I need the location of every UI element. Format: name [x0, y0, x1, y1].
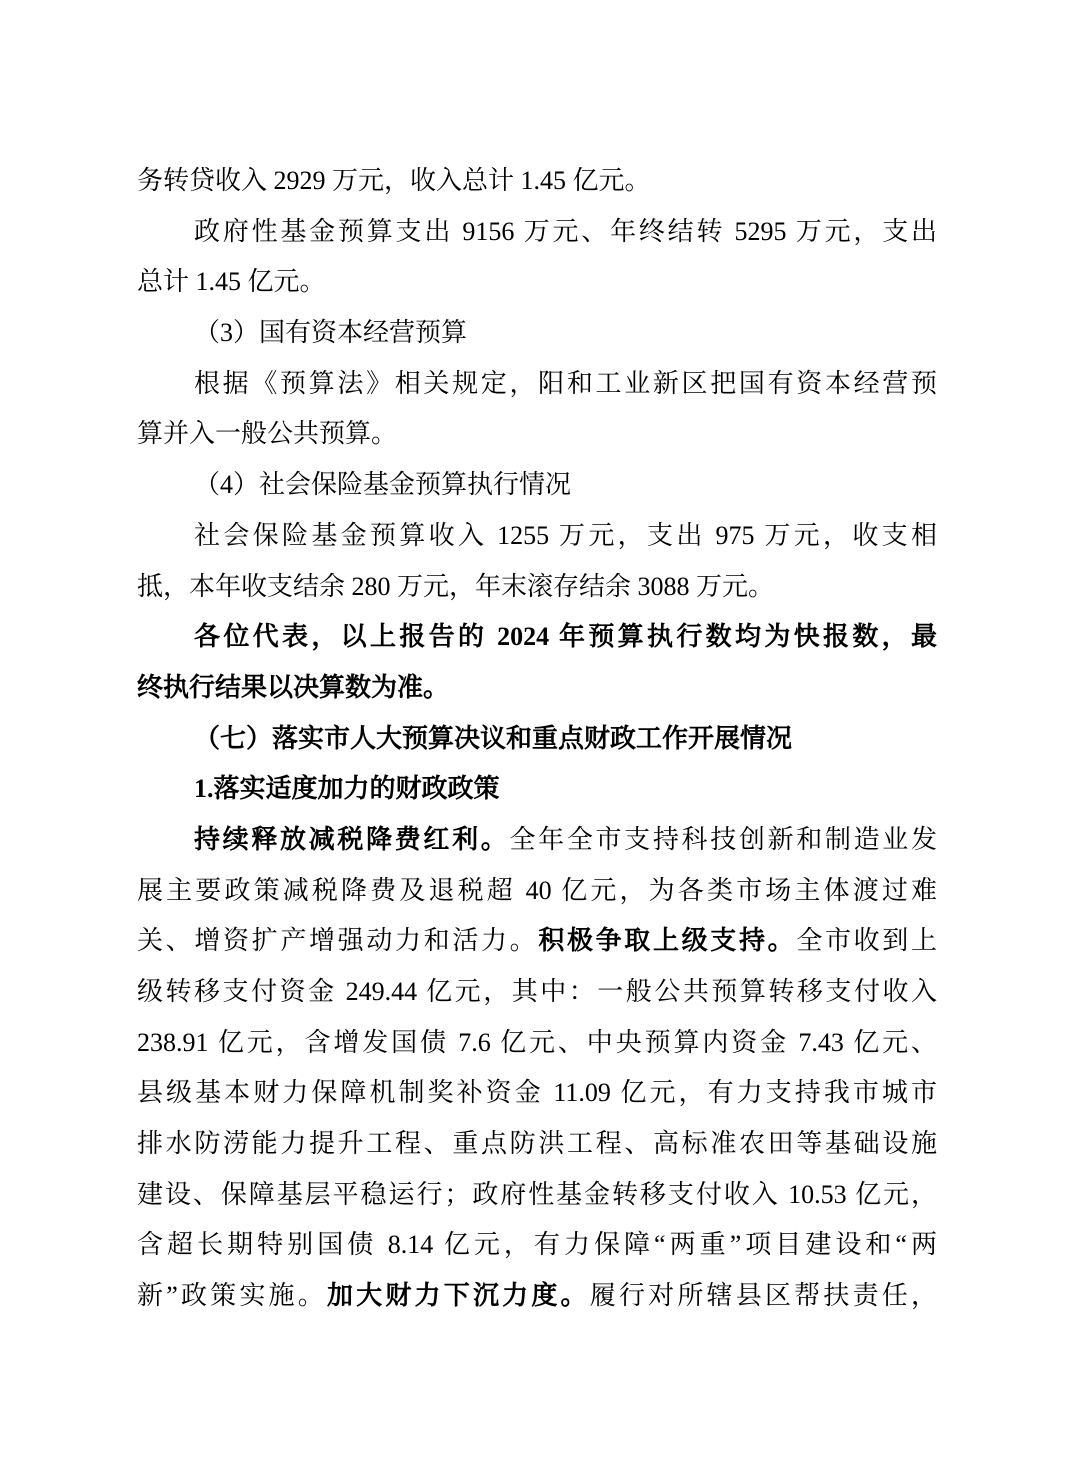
paragraph-line: 持续释放减税降费红利。全年全市支持科技创新和制造业发 [137, 815, 937, 866]
bold-run: 加大财力下沉力度。 [327, 1281, 590, 1310]
paragraph-line: 政府性基金预算支出 9156 万元、年终结转 5295 万元，支出 [137, 207, 937, 258]
text-run: 履行对所辖县区帮扶责任， [590, 1281, 937, 1310]
paragraph-line: 级转移支付资金 249.44 亿元，其中：一般公共预算转移支付收入 [137, 967, 937, 1018]
bold-run: 积极争取上级支持。 [538, 926, 796, 955]
paragraph-line: 建设、保障基层平稳运行；政府性基金转移支付收入 10.53 亿元， [137, 1170, 937, 1221]
paragraph-line: 关、增资扩产增强动力和活力。积极争取上级支持。全市收到上 [137, 916, 937, 967]
paragraph-line: 新”政策实施。加大财力下沉力度。履行对所辖县区帮扶责任， [137, 1271, 937, 1322]
paragraph-line: 总计 1.45 亿元。 [137, 257, 937, 308]
paragraph-line: 抵，本年收支结余 280 万元，年末滚存结余 3088 万元。 [137, 562, 937, 613]
bold-run: 持续释放减税降费红利。 [194, 825, 509, 854]
heading-fiscal-policy: 1.落实适度加力的财政政策 [137, 764, 937, 815]
paragraph-line: 算并入一般公共预算。 [137, 409, 937, 460]
paragraph-line: 排水防涝能力提升工程、重点防洪工程、高标准农田等基础设施 [137, 1119, 937, 1170]
heading-social-insurance-budget: （4）社会保险基金预算执行情况 [137, 460, 937, 511]
text-run: 关、增资扩产增强动力和活力。 [137, 926, 538, 955]
text-run: 新”政策实施。 [137, 1281, 327, 1310]
paragraph-line: 社会保险基金预算收入 1255 万元，支出 975 万元，收支相 [137, 511, 937, 562]
paragraph-line: 展主要政策减税降费及退税超 40 亿元，为各类市场主体渡过难 [137, 866, 937, 917]
heading-section-seven: （七）落实市人大预算决议和重点财政工作开展情况 [137, 714, 937, 765]
paragraph-line: 含超长期特别国债 8.14 亿元，有力保障“两重”项目建设和“两 [137, 1220, 937, 1271]
paragraph-line: 县级基本财力保障机制奖补资金 11.09 亿元，有力支持我市城市 [137, 1068, 937, 1119]
paragraph-line: 根据《预算法》相关规定，阳和工业新区把国有资本经营预 [137, 359, 937, 410]
document-body: 务转贷收入 2929 万元，收入总计 1.45 亿元。 政府性基金预算支出 91… [137, 156, 937, 1322]
text-run: 全市收到上 [796, 926, 937, 955]
paragraph-line: 238.91 亿元，含增发国债 7.6 亿元、中央预算内资金 7.43 亿元、 [137, 1018, 937, 1069]
text-run: 全年全市支持科技创新和制造业发 [509, 825, 937, 854]
paragraph-line: 各位代表，以上报告的 2024 年预算执行数均为快报数，最 [137, 612, 937, 663]
document-page: 务转贷收入 2929 万元，收入总计 1.45 亿元。 政府性基金预算支出 91… [0, 0, 1074, 1484]
paragraph-line: 终执行结果以决算数为准。 [137, 663, 937, 714]
heading-state-capital-budget: （3）国有资本经营预算 [137, 308, 937, 359]
paragraph-line: 务转贷收入 2929 万元，收入总计 1.45 亿元。 [137, 156, 937, 207]
